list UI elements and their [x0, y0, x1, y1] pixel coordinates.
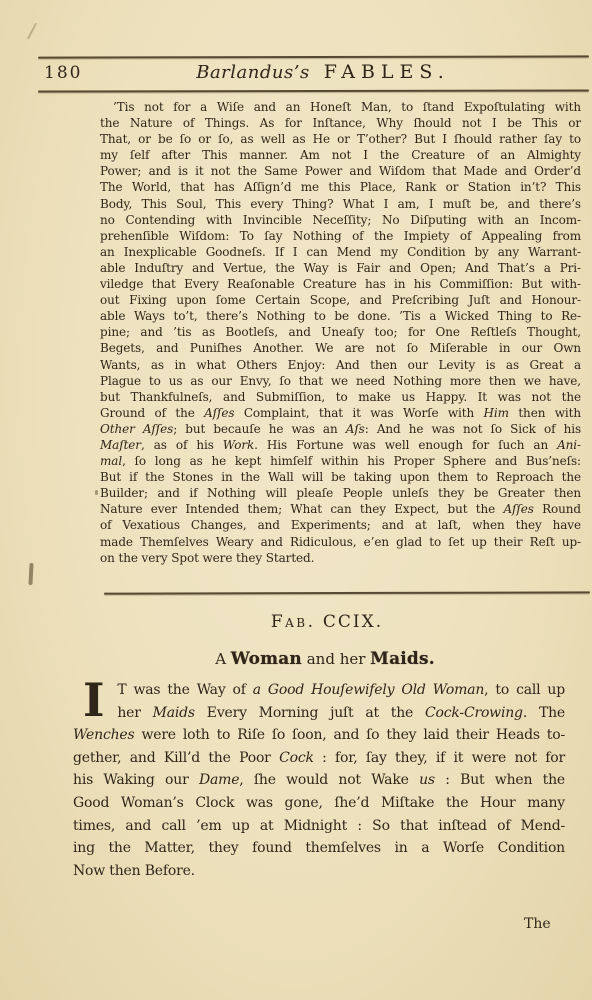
text-segment: gether, and Kill’d the Poor [73, 750, 279, 766]
text-line: But if the Stones in the Wall will be ta… [100, 469, 581, 485]
text-line: no Contending with Invincible Neceſſity;… [100, 212, 581, 228]
text-segment: Power; and is it not the Same Power and … [100, 164, 581, 178]
text-segment: , to call up [484, 682, 565, 698]
text-segment: Every Morning juſt at the [195, 705, 425, 721]
text-segment: prehenſible Wiſdom: To ſay Nothing of th… [100, 229, 581, 243]
text-line: Wenches were loth to Riſe ſo ſoon, and ſ… [73, 724, 565, 747]
text-segment: A [215, 650, 231, 668]
text-line: Ground of the Aſſes Complaint, that it w… [100, 405, 581, 421]
ink-speck [27, 23, 37, 40]
ink-speck [28, 563, 33, 585]
text-segment: times, and call ’em up at Midnight : So … [73, 818, 565, 834]
text-segment: able Ways to’t, there’s Nothing to be do… [100, 309, 581, 323]
text-segment: pine; and ’tis as Bootleſs, and Uneaſy t… [100, 325, 581, 339]
text-segment: Other Aſſes [100, 422, 173, 436]
text-segment: Wants, as in what Others Enjoy: And then… [100, 358, 581, 372]
text-line: an Inexplicable Goodneſs. If I can Mend … [100, 244, 581, 260]
text-segment: But if the Stones in the Wall will be ta… [100, 470, 581, 484]
text-segment: mal [100, 454, 122, 468]
drop-cap-initial: I [83, 682, 104, 720]
text-segment: Aſſes [503, 502, 533, 516]
text-segment: Body, This Soul, This every Thing? What … [100, 197, 581, 211]
text-segment: out Fixing upon ſome Certain Scope, and … [100, 293, 581, 307]
text-line: pine; and ’tis as Bootleſs, and Uneaſy t… [100, 324, 581, 340]
text-segment: . His Fortune was well enough for ſuch a… [254, 438, 557, 452]
text-line: ing the Matter, they found themſelves in… [73, 837, 565, 860]
text-segment: Nature ever Intended them; What can they… [100, 502, 503, 516]
running-title: Barlandus’sFABLES. [54, 61, 592, 83]
text-segment: my ſelf after This manner. Am not I the … [100, 148, 581, 162]
catchword: The [524, 916, 551, 932]
text-segment: : And he was not ſo Sick of his [365, 422, 581, 436]
text-segment: on the very Spot were they Started. [100, 551, 314, 565]
text-line: able Ways to’t, there’s Nothing to be do… [100, 308, 581, 324]
text-line: mal, ſo long as he kept himſelf within h… [100, 453, 581, 469]
text-line: Power; and is it not the Same Power and … [100, 163, 581, 179]
text-line: Good Woman’s Clock was gone, ſhe’d Miſta… [73, 792, 565, 815]
text-segment: the Nature of Things. As for Inſtance, W… [100, 116, 581, 130]
text-segment: viledge that Every Reaſonable Creature h… [100, 277, 581, 291]
text-line: T was the Way of a Good Houſewifely Old … [73, 679, 565, 702]
text-segment: made Themſelves Weary and Ridiculous, e’… [100, 535, 581, 549]
text-segment: Maids. [370, 648, 435, 668]
text-segment: Plague to us as our Envy, ſo that we nee… [100, 374, 581, 388]
text-segment: Ground of the [100, 406, 204, 420]
fable-number-heading: Fab. CCIX. [62, 612, 592, 632]
text-segment: : But when the [435, 772, 565, 788]
text-segment: That, or be ſo or ſo, as well as He or T… [100, 132, 581, 146]
text-segment: T was the Way of [117, 682, 252, 698]
text-segment: Round [534, 502, 581, 516]
text-segment: able Induſtry and Vertue, the Way is Fai… [100, 261, 581, 275]
text-segment: a Good Houſewifely Old Woman [253, 682, 484, 698]
header-rule-top [38, 55, 589, 58]
text-line: ’Tis not for a Wiſe and an Honeſt Man, t… [100, 99, 581, 115]
text-line: That, or be ſo or ſo, as well as He or T… [100, 131, 581, 147]
text-line: times, and call ’em up at Midnight : So … [73, 815, 565, 838]
text-segment: Work [223, 438, 254, 452]
text-line: viledge that Every Reaſonable Creature h… [100, 276, 581, 292]
text-segment: then with [509, 406, 581, 420]
text-segment: Cock-Crowing [425, 705, 523, 721]
text-segment: Woman [231, 648, 302, 668]
fable-lines: T was the Way of a Good Houſewifely Old … [73, 679, 565, 882]
text-line: made Themſelves Weary and Ridiculous, e’… [100, 534, 581, 550]
text-segment: an Inexplicable Goodneſs. If I can Mend … [100, 245, 581, 259]
text-line: Nature ever Intended them; What can they… [100, 501, 581, 517]
text-segment: his Waking our [73, 772, 199, 788]
essay-paragraph: ’Tis not for a Wiſe and an Honeſt Man, t… [100, 99, 581, 566]
text-line: Plague to us as our Envy, ſo that we nee… [100, 373, 581, 389]
text-segment: ; but becauſe he was an [173, 422, 346, 436]
text-line: Begets, and Puniſhes Another. We are not… [100, 340, 581, 356]
text-segment: . The [523, 705, 565, 721]
text-line: Other Aſſes; but becauſe he was an Aſs: … [100, 421, 581, 437]
text-segment: The World, that has Aſſign’d me this Pla… [100, 180, 581, 194]
text-segment: and her [302, 650, 370, 668]
text-line: The World, that has Aſſign’d me this Pla… [100, 179, 581, 195]
text-line: her Maids Every Morning juſt at the Cock… [73, 702, 565, 725]
text-line: able Induſtry and Vertue, the Way is Fai… [100, 260, 581, 276]
text-segment: Good Woman’s Clock was gone, ſhe’d Miſta… [73, 795, 565, 811]
text-line: Builder; and if Nothing will pleaſe Peop… [100, 485, 581, 501]
text-segment: Builder; and if Nothing will pleaſe Peop… [100, 486, 581, 500]
fable-paragraph: I T was the Way of a Good Houſewifely Ol… [73, 679, 565, 882]
text-line: my ſelf after This manner. Am not I the … [100, 147, 581, 163]
section-divider-rule [104, 591, 590, 594]
text-line: prehenſible Wiſdom: To ſay Nothing of th… [100, 228, 581, 244]
text-segment: Aſs [346, 422, 365, 436]
text-segment: ’Tis not for a Wiſe and an Honeſt Man, t… [113, 100, 581, 114]
book-page: 180 Barlandus’sFABLES. ’Tis not for a Wi… [0, 0, 592, 1000]
text-segment: Now then Before. [73, 863, 195, 879]
text-line: Maſter, as of his Work. His Fortune was … [100, 437, 581, 453]
text-segment: ing the Matter, they found themſelves in… [73, 840, 565, 856]
text-segment: Aſſes [204, 406, 234, 420]
text-segment: of Vexatious Changes, and Experiments; a… [100, 518, 581, 532]
text-segment: no Contending with Invincible Neceſſity;… [100, 213, 581, 227]
text-segment: Cock [279, 750, 314, 766]
text-line: of Vexatious Changes, and Experiments; a… [100, 517, 581, 533]
text-line: gether, and Kill’d the Poor Cock : for, … [73, 747, 565, 770]
text-segment: Ani- [557, 438, 581, 452]
fable-title: A Woman and her Maids. [58, 648, 592, 668]
text-line: Body, This Soul, This every Thing? What … [100, 196, 581, 212]
text-segment: Maids [153, 705, 195, 721]
text-segment: her [117, 705, 152, 721]
text-line: but Thankfulneſs, and Submiſſion, to mak… [100, 389, 581, 405]
text-segment: Him [484, 406, 509, 420]
header-rule-bottom [38, 90, 589, 93]
text-line: out Fixing upon ſome Certain Scope, and … [100, 292, 581, 308]
text-segment: but Thankfulneſs, and Submiſſion, to mak… [100, 390, 581, 404]
text-segment: Dame [199, 772, 239, 788]
running-title-author: Barlandus’s [196, 62, 309, 83]
text-line: Wants, as in what Others Enjoy: And then… [100, 357, 581, 373]
text-segment: CCIX. [316, 612, 384, 632]
text-line: the Nature of Things. As for Inſtance, W… [100, 115, 581, 131]
text-line: Now then Before. [73, 860, 565, 883]
text-line: on the very Spot were they Started. [100, 550, 581, 566]
text-segment: Wenches [73, 727, 134, 743]
text-segment: Fab. [271, 612, 316, 632]
text-segment: were loth to Riſe ſo ſoon, and ſo they l… [134, 727, 565, 743]
text-segment: Maſter [100, 438, 141, 452]
text-segment: : for, ſay they, if it were not for [314, 750, 565, 766]
text-segment: Begets, and Puniſhes Another. We are not… [100, 341, 581, 355]
text-line: his Waking our Dame, ſhe would not Wake … [73, 769, 565, 792]
text-segment: , as of his [141, 438, 223, 452]
text-segment: Complaint, that it was Worſe with [234, 406, 483, 420]
text-segment: , ſo long as he kept himſelf within his … [122, 454, 581, 468]
running-title-caps: FABLES. [324, 61, 450, 83]
text-segment: , ſhe would not Wake [239, 772, 419, 788]
ink-speck [95, 490, 98, 495]
text-segment: us [419, 772, 435, 788]
